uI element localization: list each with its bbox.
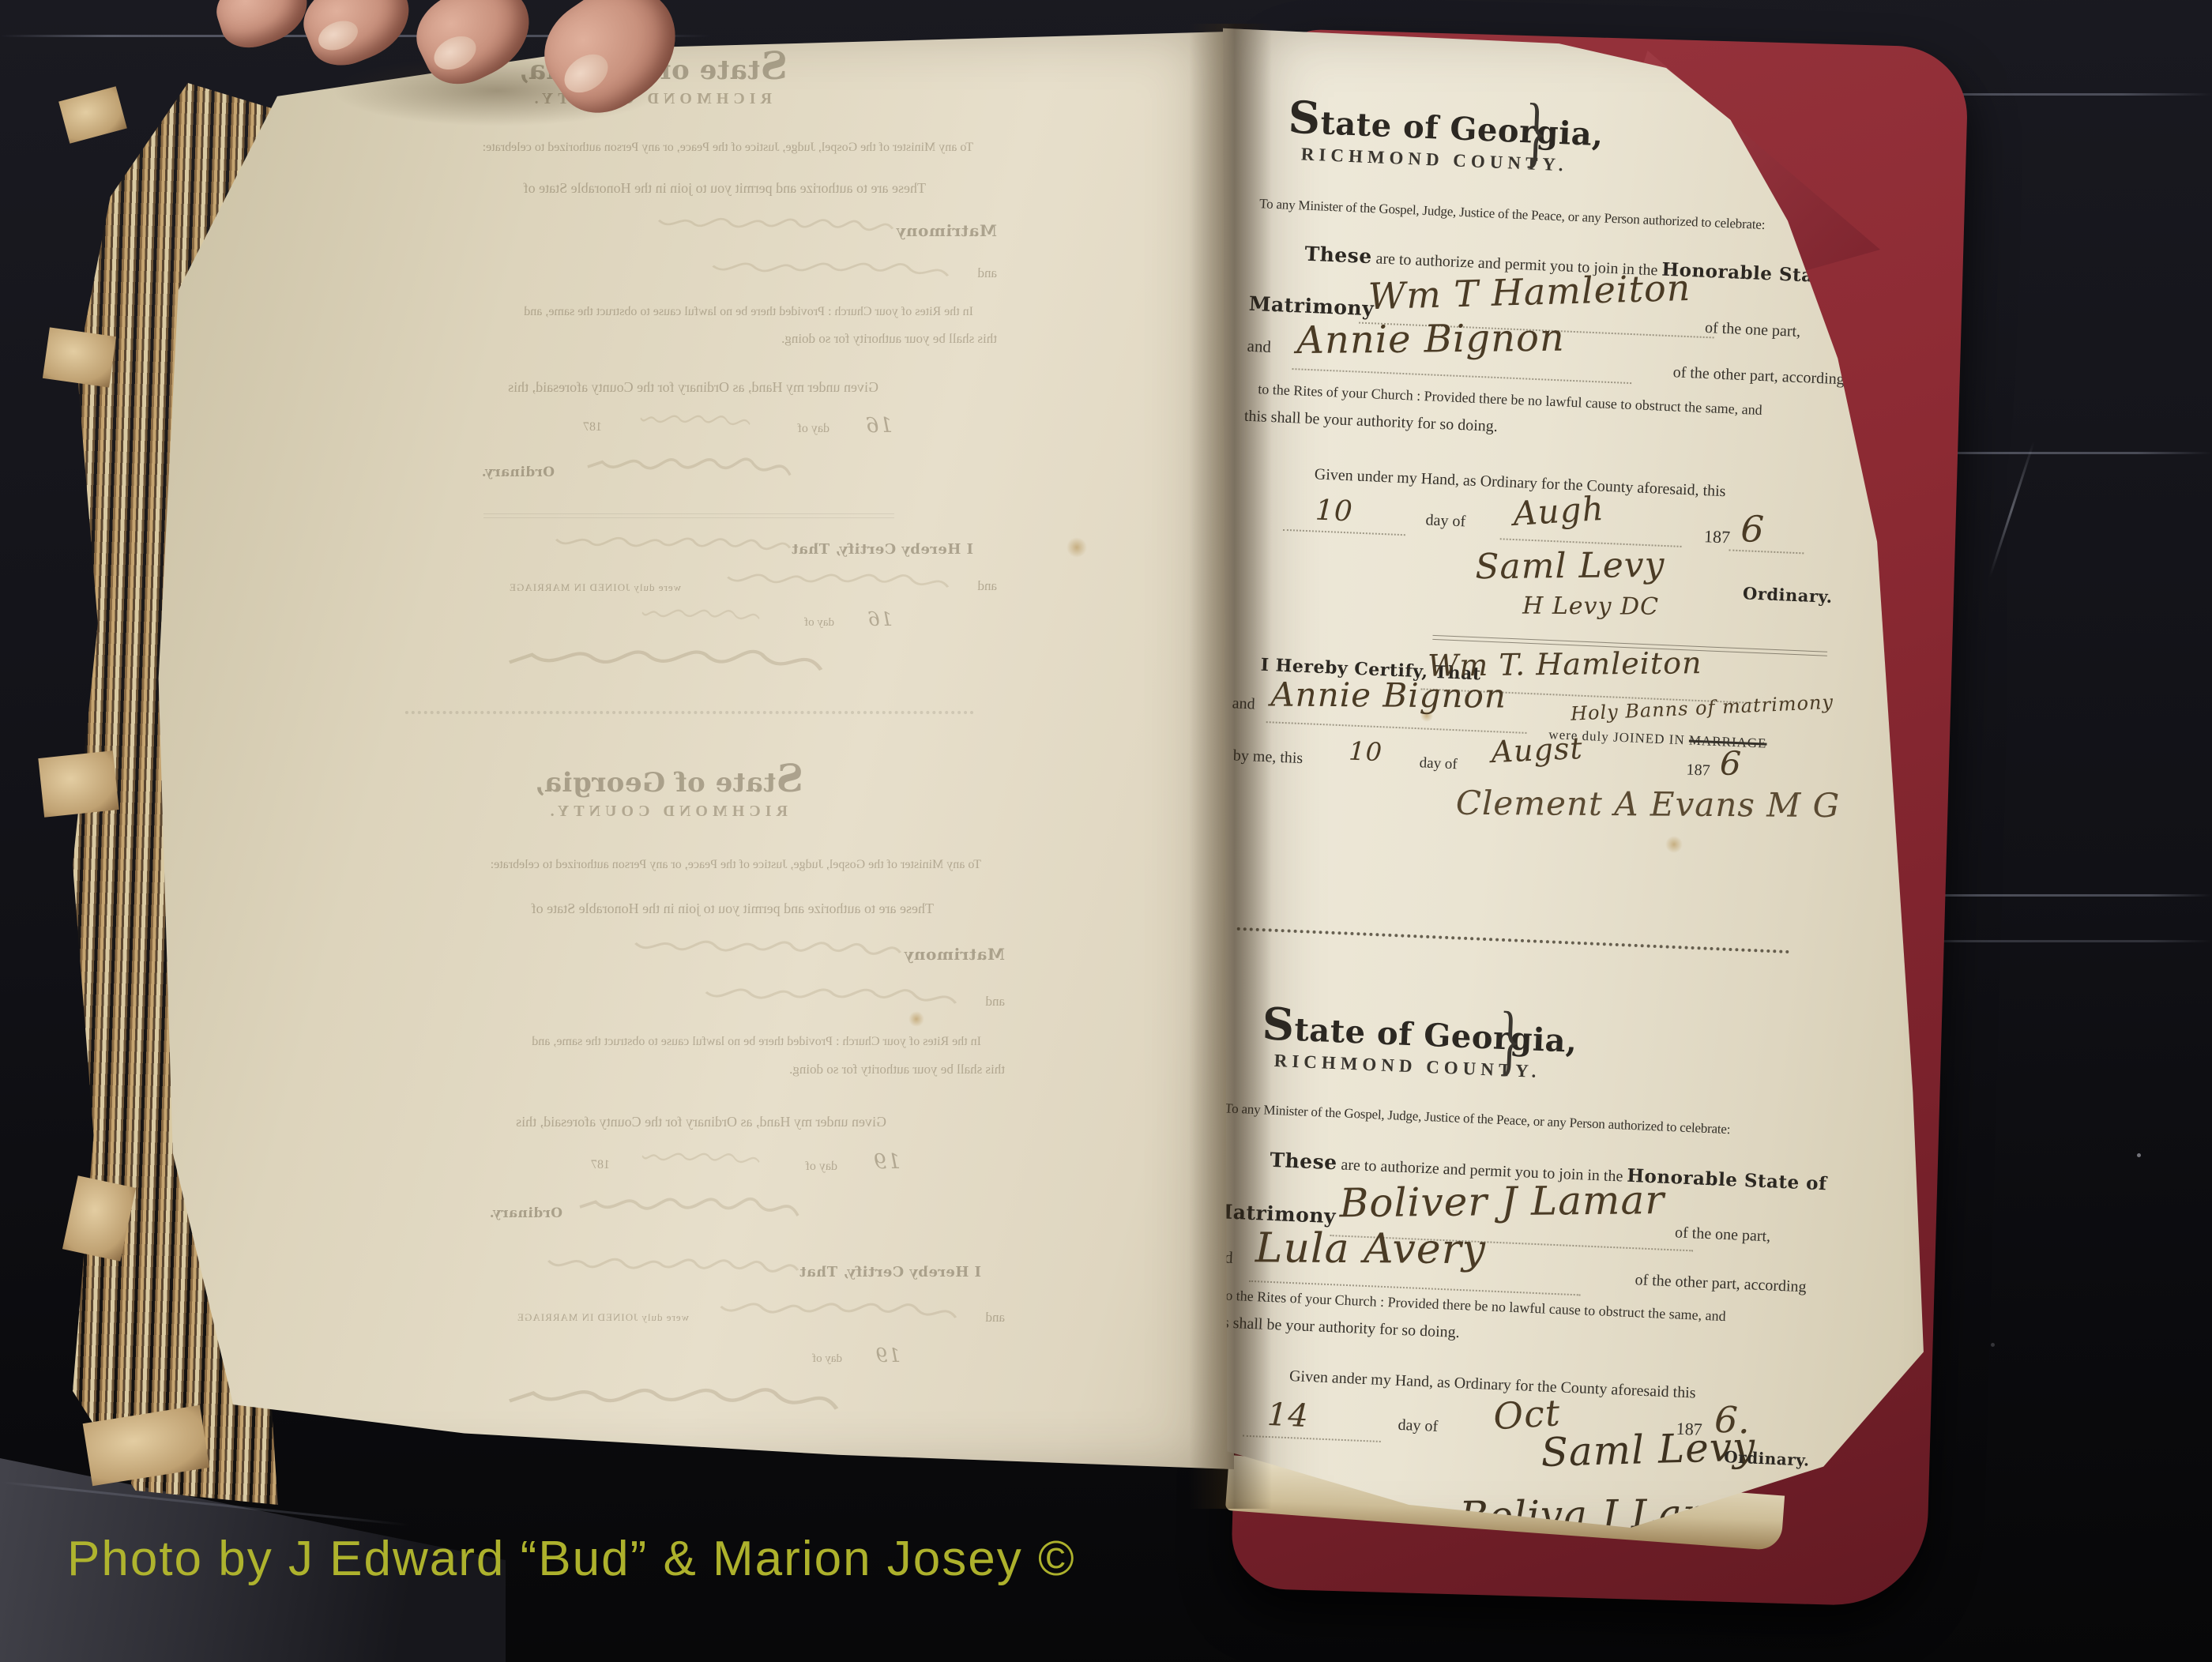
dust-speck [1991,1343,1995,1347]
ghost-state-heading: State of Georgia, [534,757,803,801]
ghost-year: 187 [591,1158,610,1172]
day-handwritten: 10 [1315,494,1353,528]
photo-of-marriage-record-book: 432 State of Georgia, RICHMOND COUNTY. T… [0,0,2212,1662]
ordinary-label: Ordinary. [1743,583,1834,607]
handwriting-scribble [640,409,750,434]
and-label: and [1194,1591,1218,1610]
other-part-text: of the other part, according [1672,363,1845,389]
minister-signature: Clement A Evans M Y [1461,1615,1859,1659]
minister-signature: Clement A Evans M G [1456,784,1841,825]
ghost-given-line: Given under my Hand, as Ordinary for the… [508,379,878,396]
ghost-day-of: day of [804,616,834,630]
handwriting-scribble [705,1295,957,1327]
ghost-day-value: 19 [873,1150,901,1174]
ghost-authorize-line: These are to authorize and permit you to… [524,180,926,197]
ghost-day-value: 16 [865,414,893,438]
torn-page-fragment [38,750,118,818]
handwriting-scribble [657,212,894,240]
ghost-authorize-line: These are to authorize and permit you to… [532,901,934,917]
bleedthrough-layer: 432 State of Georgia, RICHMOND COUNTY. T… [134,32,1234,1469]
ghost-certify-label: I Hereby Certify, That [792,541,973,558]
fill-line [1283,529,1405,536]
handwriting-scribble [578,1190,799,1224]
ghost-joined-stamp: were duly JOINED IN MARRIAGE [517,1311,689,1324]
one-part-text: of the one part, [1675,1224,1771,1246]
day-of-text: day of [1398,1416,1438,1436]
month2-handwritten: Augst [1491,731,1584,769]
minister-line: To any Minister of the Gospel, Judge, Ju… [1224,1100,1731,1137]
certify-bride-handwritten: Annie Bignon [1270,675,1507,716]
ghost-and-label: and [985,994,1005,1010]
fill-line [1266,721,1527,734]
book-gutter-shadow [1189,24,1272,1509]
day-of-text: day of [1425,511,1465,531]
background-scratch [1988,442,2034,577]
day-handwritten: 14 [1266,1397,1310,1435]
ghost-matrimony-label: Matrimony [904,945,1005,964]
ghost-certify-label: I Hereby Certify, That [799,1264,981,1280]
deputy-signature: H Levy DC [1522,592,1659,621]
year2-printed: 187 [1686,761,1710,780]
ghost-rites-line: In the Rites of your Church : Provided t… [532,1035,981,1049]
authority-line: this shall be your authority for so doin… [1243,408,1498,436]
ghost-authority-line: this shall be your authority for so doin… [789,1062,1005,1077]
groom-name-handwritten: Boliver J Lamar [1339,1177,1665,1226]
ordinary-label: Ordinary. [1724,1447,1810,1470]
day-of-text: day of [1419,754,1458,773]
handwriting-scribble [555,531,792,559]
handwriting-scribble [713,567,950,596]
other-part-text: of the other part, according [1635,1271,1807,1296]
ghost-year: 187 [583,420,602,434]
handwriting-scribble [689,981,957,1013]
by-me-text: by me, this [1204,1625,1274,1646]
left-page: 432 State of Georgia, RICHMOND COUNTY. T… [134,32,1234,1469]
year-digit-handwritten: 6 [1740,507,1766,551]
one-part-text: of the one part, [1705,319,1801,341]
finger [209,0,317,56]
ghost-minister-line: To any Minister of the Gospel, Judge, Ju… [483,141,973,155]
ghost-and-label: and [977,578,997,594]
ghost-day-of: day of [812,1352,842,1366]
ghost-and-label: and [977,265,997,281]
handwriting-scribble [634,934,902,965]
day2-handwritten: 10 [1349,736,1383,768]
ghost-and-label: and [985,1310,1005,1325]
ghost-day-of: day of [806,1160,837,1174]
ordinary-signature: Saml Levy [1475,545,1665,588]
ghost-joined-stamp: were duly JOINED IN MARRIAGE [509,581,681,594]
ghost-day-value: 16 [867,608,893,630]
month-handwritten: Augh [1512,489,1605,533]
day2-handwritten: 14 [1326,1611,1367,1647]
year-printed: 187 [1704,526,1731,547]
handwriting-scribble [697,256,950,284]
ghost-county-heading: RICHMOND COUNTY. [546,803,788,821]
right-page-content: 433 State of Georgia, } RICHMOND COUNTY.… [1198,57,1868,1543]
these-word: These [1304,243,1372,269]
ghost-given-line: Given under my Hand, as Ordinary for the… [516,1114,886,1130]
ghost-matrimony-label: Matrimony [896,221,997,240]
minister-line: To any Minister of the Gospel, Judge, Ju… [1259,196,1766,233]
year2-digit-handwritten: 6 [1719,743,1743,783]
ghost-record-separator [404,711,973,714]
handwriting-scribble [547,1251,799,1283]
ghost-rule [483,513,894,518]
handwriting-scribble [641,604,760,629]
groom-name-handwritten: Wm T Hamleiton [1367,266,1691,318]
desk-groove-line [1912,940,2212,942]
fill-line [1729,549,1804,554]
handwriting-scribble [507,1379,839,1419]
these-word: These [1270,1149,1337,1175]
dust-speck [2137,1153,2141,1157]
photographer-watermark: Photo by J Edward “Bud” & Marion Josey © [67,1531,1076,1587]
handwriting-scribble [507,641,823,679]
day-of-text: day of [1416,1635,1454,1654]
handwriting-scribble [641,1147,760,1172]
bride-name-handwritten: Lula Avery [1255,1224,1486,1273]
ghost-day-value: 19 [875,1344,901,1367]
record-separator [1237,927,1790,953]
torn-page-fragment [58,86,127,144]
ghost-minister-line: To any Minister of the Gospel, Judge, Ju… [491,858,981,872]
ghost-rites-line: In the Rites of your Church : Provided t… [524,305,973,319]
ghost-day-of: day of [798,422,829,436]
left-page-number: 432 [262,60,325,99]
torn-page-fragment [43,327,116,387]
fill-line [1240,1620,1500,1633]
handwriting-scribble [586,450,792,483]
ghost-ordinary-label: Ordinary. [481,464,555,480]
fill-line [1292,368,1631,384]
ghost-authority-line: this shall be your authority for so doin… [781,331,997,347]
bride-name-handwritten: Annie Bignon [1296,316,1565,363]
ghost-ordinary-label: Ordinary. [489,1205,562,1221]
